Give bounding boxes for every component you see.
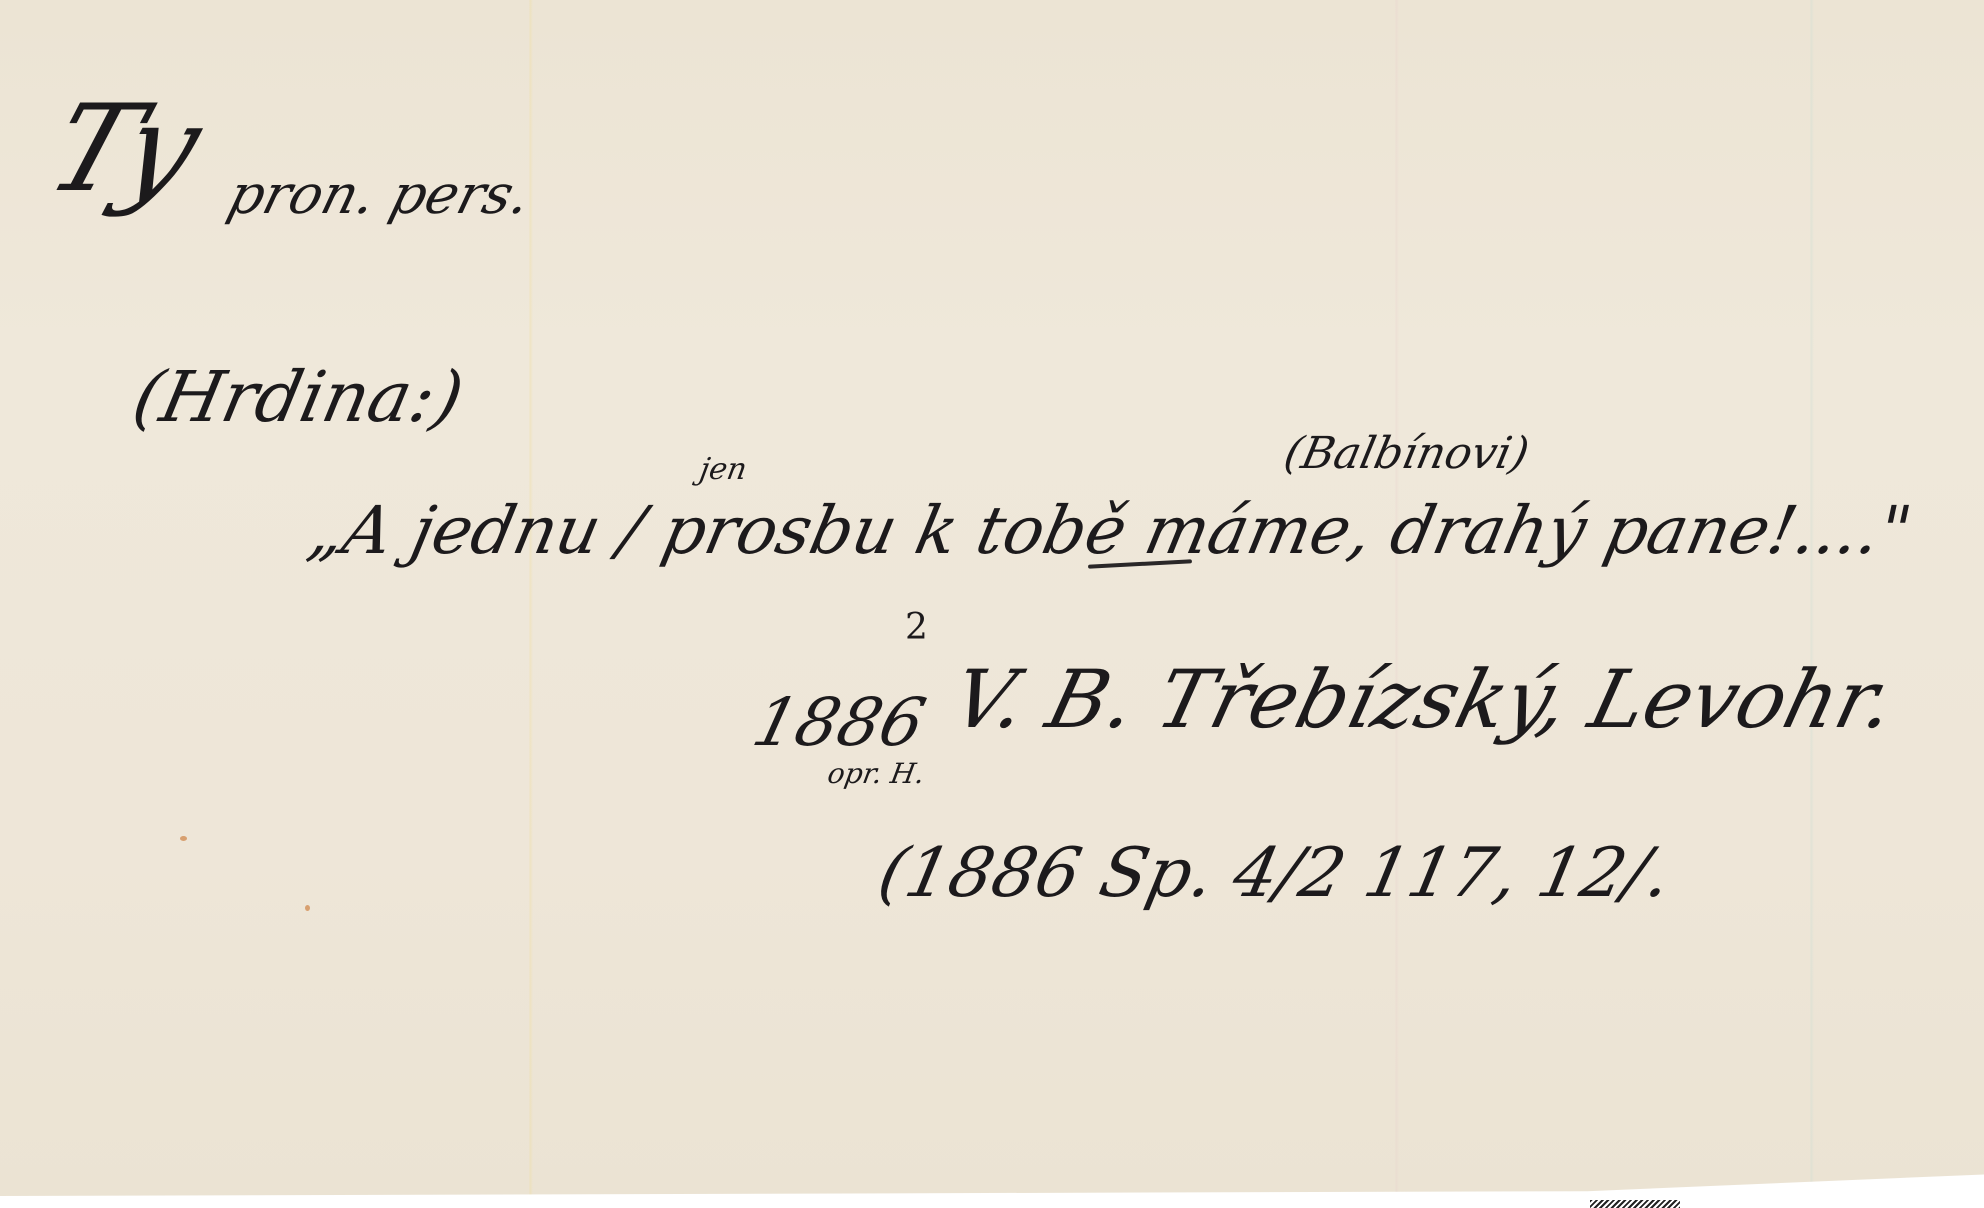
citation-superscript: 2: [905, 610, 928, 646]
source-reference: (1886 Sp. 4/2 117, 12/.: [873, 840, 1677, 908]
headword: Ty: [36, 90, 207, 210]
grammar-label: pron. pers.: [223, 168, 537, 222]
scan-edge-marker: [1590, 1200, 1680, 1208]
citation-year: 1886: [747, 690, 931, 756]
index-card: Ty pron. pers. (Hrdina:) jen (Balbínovi)…: [0, 0, 1984, 1196]
paper-speck: [180, 836, 187, 841]
speaker-note: (Hrdina:): [128, 362, 470, 432]
insertion-jen: jen: [697, 455, 749, 485]
example-quote: „A jednu / prosbu k tobě máme, drahý pan…: [303, 498, 1917, 564]
paper-speck: [305, 905, 310, 911]
citation-subscript: opr. H.: [826, 760, 927, 788]
citation-author: V. B. Třebízský, Levohr.: [945, 660, 1902, 740]
insertion-balbinovi: (Balbínovi): [1280, 432, 1532, 476]
